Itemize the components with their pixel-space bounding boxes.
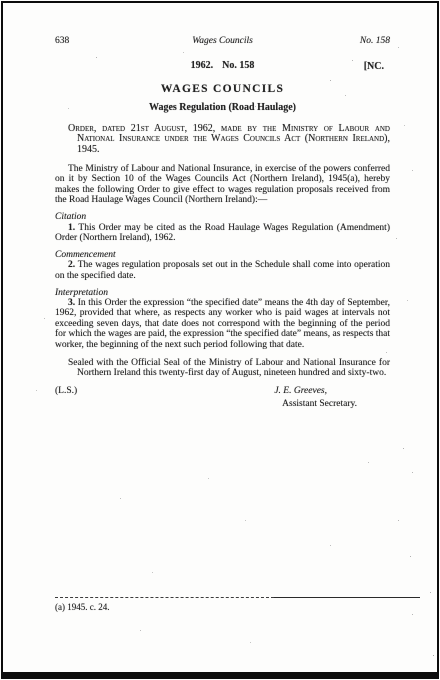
- section-text-commencement: 2. The wages regulation proposals set ou…: [55, 260, 390, 281]
- doc-number: No. 158: [222, 61, 254, 71]
- doc-number-row: 1962.No. 158 [NC.: [55, 61, 390, 71]
- running-header: 638 Wages Councils No. 158: [55, 36, 390, 46]
- section-text-citation: 1. This Order may be cited as the Road H…: [55, 223, 390, 244]
- main-title: WAGES COUNCILS: [55, 84, 390, 94]
- signatory-role: Assistant Secretary.: [274, 399, 357, 409]
- subtitle: Wages Regulation (Road Haulage): [55, 103, 390, 113]
- section-heading-interpretation: Interpretation: [55, 288, 390, 298]
- section-text: This Order may be cited as the Road Haul…: [55, 223, 390, 243]
- section-heading-citation: Citation: [55, 212, 390, 222]
- section-interpretation: Interpretation 3. In this Order the expr…: [55, 288, 390, 350]
- section-heading-commencement: Commencement: [55, 250, 390, 260]
- footnote-rule-solid-segment: [274, 597, 420, 598]
- sealing-clause: Sealed with the Official Seal of the Min…: [55, 358, 390, 379]
- section-commencement: Commencement 2. The wages regulation pro…: [55, 250, 390, 281]
- section-text-interpretation: 3. In this Order the expression “the spe…: [55, 298, 390, 350]
- section-text: The wages regulation proposals set out i…: [55, 260, 390, 280]
- section-citation: Citation 1. This Order may be cited as t…: [55, 212, 390, 243]
- signature-row: (L.S.) J. E. Greeves, Assistant Secretar…: [55, 386, 390, 409]
- order-recital: Order, dated 21st August, 1962, made by …: [55, 124, 390, 156]
- page-content: 638 Wages Councils No. 158 1962.No. 158 …: [55, 36, 390, 409]
- section-text: In this Order the expression “the specif…: [55, 298, 390, 350]
- scan-noise: [0, 0, 1, 1]
- preamble-paragraph: The Ministry of Labour and National Insu…: [55, 164, 390, 206]
- footnote-rule: [55, 597, 420, 598]
- margin-note: [NC.: [364, 62, 384, 72]
- scanned-document-page: 638 Wages Councils No. 158 1962.No. 158 …: [0, 0, 440, 680]
- seal-marker: (L.S.): [55, 386, 77, 396]
- section-number: 3.: [68, 298, 75, 308]
- section-number: 1.: [68, 223, 75, 233]
- signature-block: J. E. Greeves, Assistant Secretary.: [274, 386, 357, 409]
- footnote-rule-dashed-segment: [55, 597, 274, 598]
- footnote: (a) 1945. c. 24.: [55, 602, 109, 612]
- doc-year: 1962.: [191, 60, 214, 71]
- section-number: 2.: [68, 260, 75, 270]
- running-title: Wages Councils: [55, 36, 390, 46]
- signatory-name: J. E. Greeves,: [274, 386, 357, 396]
